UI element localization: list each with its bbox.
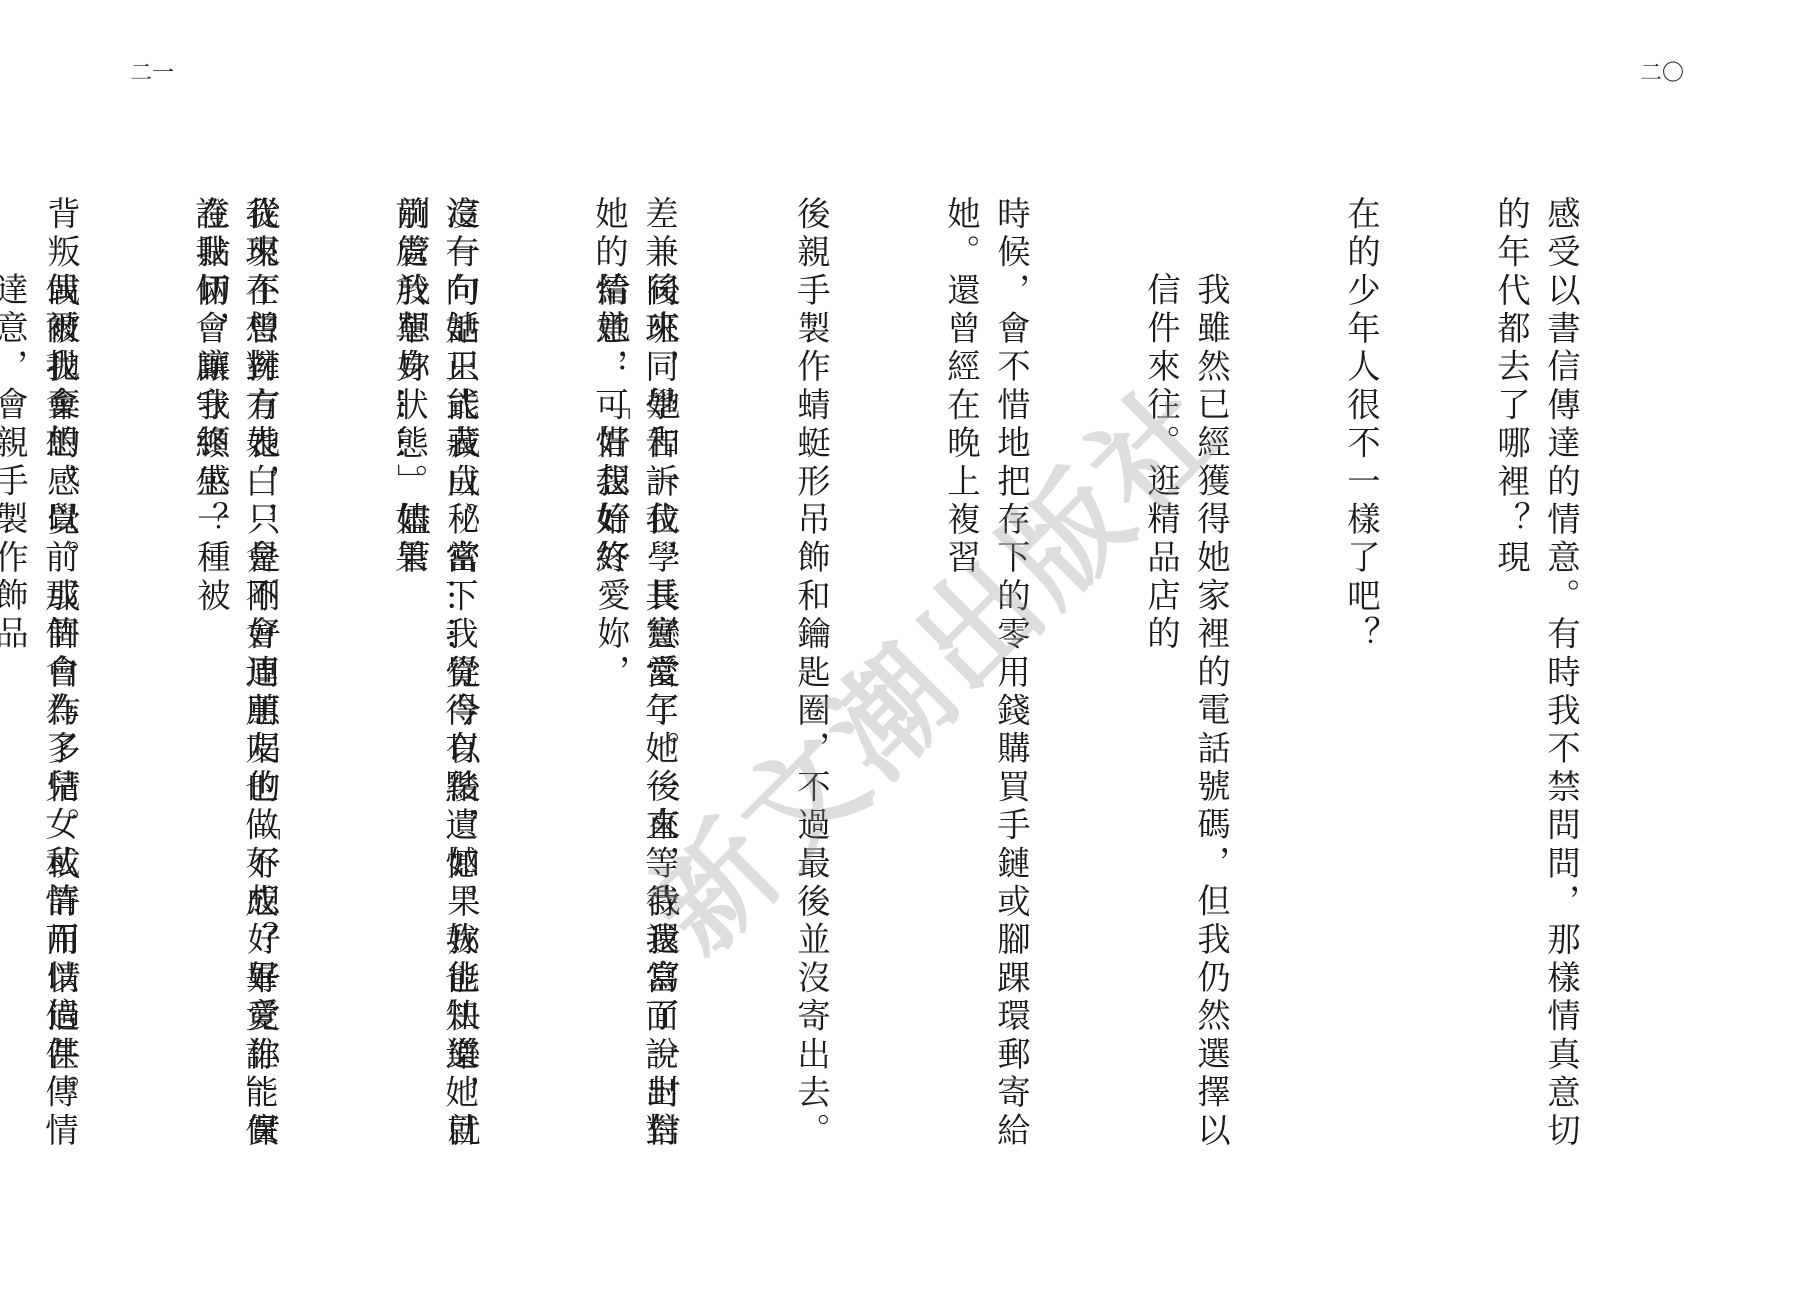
- page-number-left: 二一: [130, 56, 174, 87]
- text-column: 時候，會不惜地把存下的零用錢購買手鏈或腳踝環郵寄給她。還曾經在晚上複習: [936, 196, 1036, 1186]
- text-column: 後親手製作蜻蜓形吊飾和鑰匙圈，不過最後並沒寄出去。: [786, 196, 836, 1186]
- right-page-body: 感受以書信傳達的情意。有時我不禁問問，那樣情真意切的年代都去了哪裡？現 在的少年…: [0, 196, 1686, 1186]
- book-spread: 二一 差兼同班同學告訴我，其實當年她一直等待我當面說出對她的情意，可惜我始終 沒…: [0, 0, 1800, 1316]
- text-column: 感受以書信傳達的情意。有時我不禁問問，那樣情真意切的年代都去了哪裡？現: [1486, 196, 1586, 1186]
- text-column: 在的少年人很不一樣了吧？: [1336, 196, 1386, 1186]
- text-column: 後來，她和一位學長戀愛了。後來，我還寫了一封信給她：「好想好好愛妳，: [586, 196, 686, 1186]
- right-page: 二〇 感受以書信傳達的情意。有時我不禁問問，那樣情真意切的年代都去了哪裡？現 在…: [900, 0, 1800, 1316]
- text-column: 我雖然已經獲得她家裡的電話號碼，但我仍然選擇以信件來往。逛精品店的: [1136, 196, 1236, 1186]
- page-number-right: 二〇: [1640, 56, 1684, 87]
- text-column: 從來不曾擁有她，只是剛好周蕙唱的「好想好好愛你」實在貼切，讓我頓感一種被: [186, 196, 286, 1186]
- text-column: 背叛或被拋棄的感覺。或許自作多情。或許用情過甚。: [36, 196, 86, 1186]
- text-column: 這一句話只能藏成秘密……從今以後，如果妳能快樂，就別管我想妳……」儘管: [386, 196, 486, 1186]
